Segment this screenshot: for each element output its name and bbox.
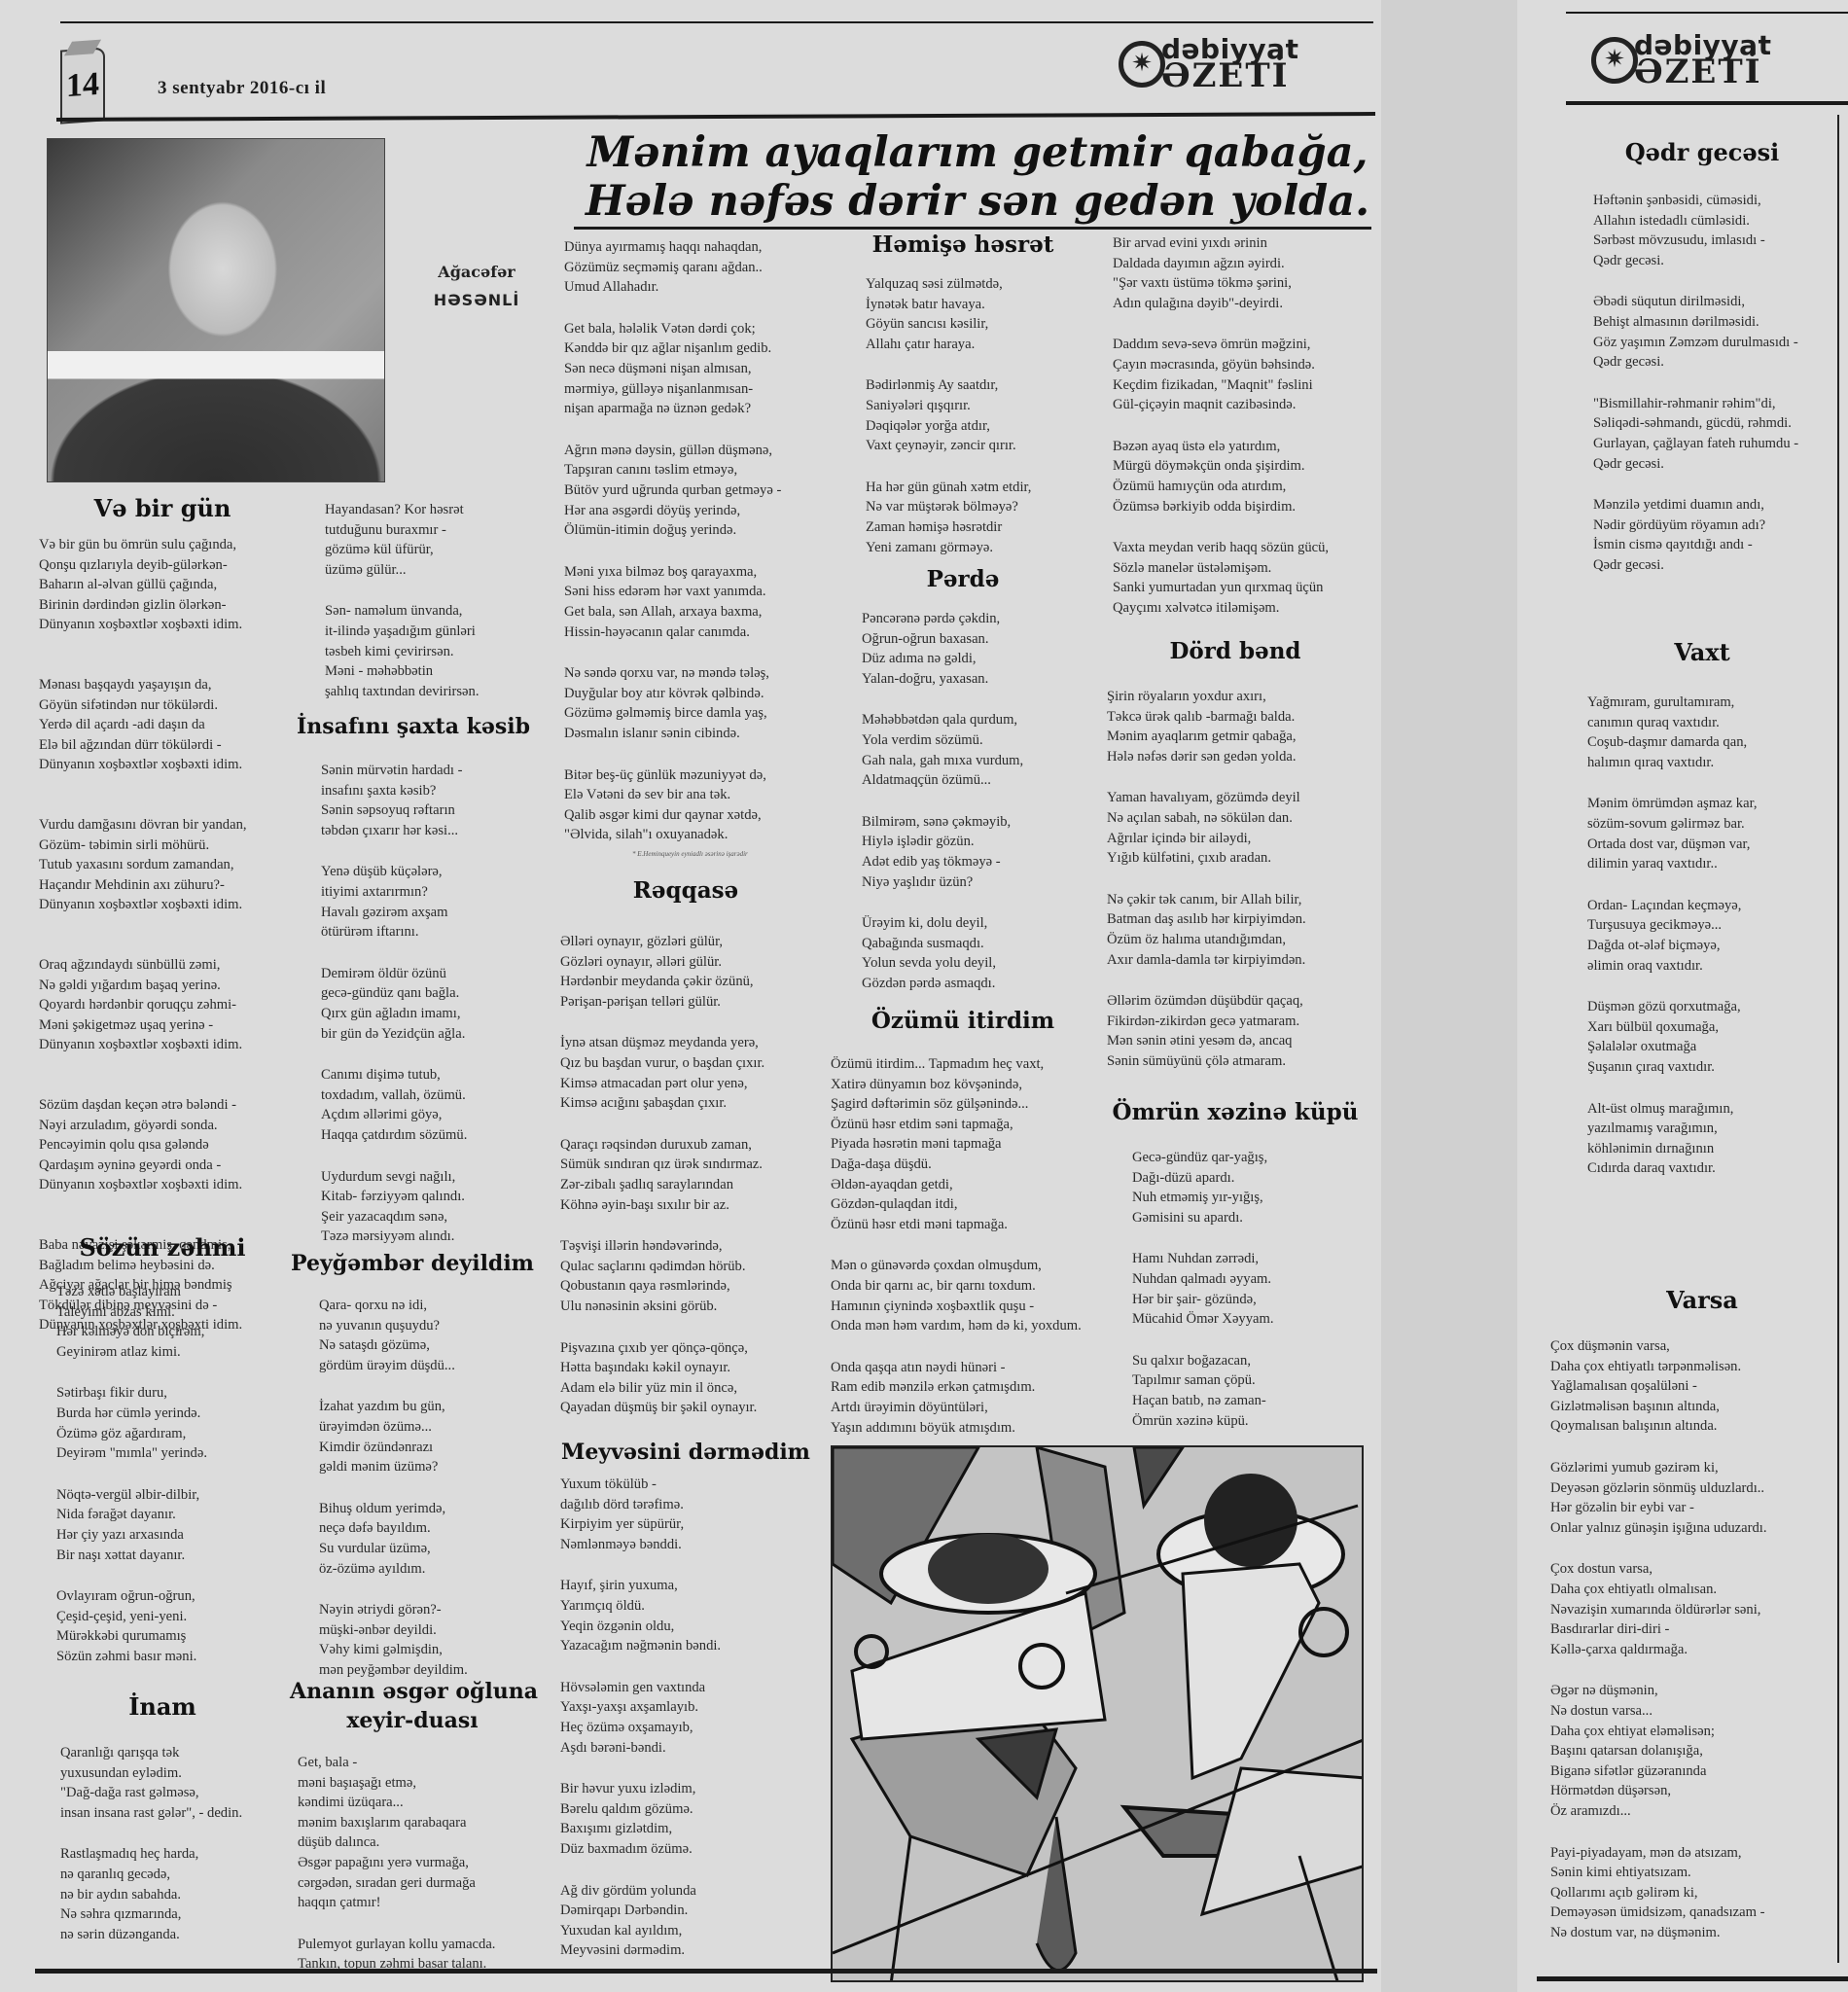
verse-line: Qayadan düşmüş bir şəkil oynayır. bbox=[560, 1398, 757, 1418]
verse-line: Vəhy kimi gəlmişdin, bbox=[319, 1640, 468, 1660]
verse-line: Rastlaşmadıq heç harda, bbox=[60, 1844, 198, 1865]
verse-line: İynə atsan düşməz meydanda yerə, bbox=[560, 1033, 764, 1053]
stanza: "Bismillahir-rəhmanir rəhim"di,Səliqədi-… bbox=[1593, 394, 1798, 474]
verse-line: Gah nala, gah mıxa vurdum, bbox=[862, 751, 1023, 771]
poem-title-ananin-2: xeyir-duası bbox=[290, 1708, 535, 1733]
stanza: Nəyin ətriydi görən?-müşki-ənbər deyildi… bbox=[319, 1600, 468, 1680]
verse-line: Yazacağım nəğmənin bəndi. bbox=[560, 1636, 721, 1656]
verse-line: Çox dostun varsa, bbox=[1550, 1559, 1760, 1580]
verse-line: "Əlvida, silah"ı oxuyanadək. bbox=[564, 825, 766, 845]
verse-line: Qoymalısan balışının altında. bbox=[1550, 1416, 1741, 1437]
stanza: İynə atsan düşməz meydanda yerə,Qız bu b… bbox=[560, 1033, 764, 1113]
verse-line: Dəqiqələr yorğa atdır, bbox=[866, 416, 1016, 437]
stanza: Əllərim özümdən düşübdür qaçaq,Fikirdən-… bbox=[1107, 991, 1303, 1071]
verse-line: mən peyğəmbər deyildim. bbox=[319, 1660, 468, 1681]
verse-line: Yalan-doğru, yaxasan. bbox=[862, 669, 1000, 690]
verse-line: şahlıq taxtından devirirsən. bbox=[325, 682, 479, 702]
verse-line: Ölümün-itimin doğuş yerində. bbox=[564, 520, 781, 541]
verse-line: Coşub-daşmır damarda qan, bbox=[1587, 732, 1747, 753]
verse-line: Nə sataşdı gözümə, bbox=[319, 1335, 455, 1356]
verse-line: Yenə düşüb küçələrə, bbox=[321, 862, 447, 882]
verse-line: Daddım sevə-sevə ömrün məğzini, bbox=[1113, 335, 1315, 355]
verse-line: Zaman həmişə həsrətdir bbox=[866, 517, 1031, 538]
verse-line: Piyada həsrətin məni tapmağa bbox=[831, 1134, 1044, 1155]
verse-line: Hamı Nuhdan zərrədi, bbox=[1132, 1249, 1274, 1269]
verse-line: Dağı-düzü apardı. bbox=[1132, 1168, 1267, 1189]
verse-line: Şuşanın çıraq vaxtıdır. bbox=[1587, 1057, 1741, 1078]
verse-line: Nə səhra qızmarında, bbox=[60, 1904, 198, 1925]
verse-line: Hər ana əsgərdi döyüş yerində, bbox=[564, 501, 781, 521]
stanza: Özümü itirdim... Tapmadım heç vaxt,Xatir… bbox=[831, 1054, 1044, 1234]
verse-line: Qız bu başdan vurur, o başdan çıxır. bbox=[560, 1053, 764, 1074]
verse-line: Hövsələmin gen vaxtında bbox=[560, 1678, 705, 1698]
verse-line: Şəlalələr oxutmağa bbox=[1587, 1037, 1741, 1057]
verse-line: Onda qaşqa atın nəydi hünəri - bbox=[831, 1358, 1035, 1378]
verse-line: Haqqa çatdırdım sözümü. bbox=[321, 1125, 467, 1146]
stanza: Canımı dişimə tutub,toxdadım, vallah, öz… bbox=[321, 1065, 467, 1145]
verse-line: Qədr gecəsi. bbox=[1593, 352, 1798, 373]
verse-line: Haçandır Mehdinin axı zühuru?- bbox=[39, 875, 247, 896]
verse-line: Qoyardı hərdənbir qoruqçu zəhmi- bbox=[39, 995, 242, 1015]
stanza: Mən o günəvərdə çoxdan olmuşdum,Onda bir… bbox=[831, 1256, 1082, 1335]
page-headline: Mənim ayaqlarım getmir qabağa, Hələ nəfə… bbox=[579, 128, 1376, 226]
verse-line: Deyəsən gözlərin sönmüş ulduzlardı.. bbox=[1550, 1478, 1767, 1499]
stanza: Get bala, hələlik Vətən dərdi çok;Kənddə… bbox=[564, 319, 771, 419]
verse-line: Qollarımı açıb gəlirəm ki, bbox=[1550, 1883, 1764, 1903]
verse-line: Fikirdən-zikirdən gecə yatmaram. bbox=[1107, 1012, 1303, 1032]
poem-title-perde: Pərdə bbox=[832, 566, 1094, 592]
verse-line: mərmiyə, gülləyə nişanlanmısan- bbox=[564, 379, 771, 400]
page-number-badge: 14 bbox=[60, 47, 105, 124]
verse-line: Əlləri oynayır, gözləri gülür, bbox=[560, 932, 754, 952]
stanza: Vaxta meydan verib haqq sözün gücü,Sözlə… bbox=[1113, 538, 1329, 618]
verse-line: Daha çox ehtiyatlı tərpənməlisən. bbox=[1550, 1357, 1741, 1377]
verse-line: Özünü həsr etdi məni tapmağa. bbox=[831, 1215, 1044, 1235]
verse-line: Haçan batıb, nə zaman- bbox=[1132, 1391, 1266, 1411]
stanza: Sətirbaşı fikir duru,Burda hər cümlə yer… bbox=[56, 1383, 207, 1463]
verse-line: Səni hiss edərəm hər vaxt yanımda. bbox=[564, 582, 766, 602]
verse-line: Şagird dəftərimin söz gülşənində... bbox=[831, 1094, 1044, 1115]
poem-title-ve-bir-gun: Və bir gün bbox=[35, 494, 290, 522]
verse-line: Onda bir qarnı ac, bir qarnı toxdum. bbox=[831, 1276, 1082, 1297]
stanza: Uydurdum sevgi nağılı,Kitab- fərziyyəm q… bbox=[321, 1167, 465, 1247]
verse-line: Nə açılan sabah, nə sökülən dan. bbox=[1107, 808, 1300, 829]
verse-line: Nuh etməmiş yır-yığış, bbox=[1132, 1188, 1267, 1208]
verse-line: Deməyəsən ümidsizəm, qanadsızam - bbox=[1550, 1903, 1764, 1923]
verse-line: Nida fərağət dayanır. bbox=[56, 1505, 199, 1525]
verse-line: Köhnə əyin-başı sıxılır bir az. bbox=[560, 1195, 763, 1216]
verse-line: Sətirbaşı fikir duru, bbox=[56, 1383, 207, 1404]
verse-line: Zər-zibalı şadlıq saraylarından bbox=[560, 1175, 763, 1195]
verse-line: Qara- qorxu nə idi, bbox=[319, 1296, 455, 1316]
verse-line: Özümsə bərkiyib odda bişirdim. bbox=[1113, 497, 1305, 517]
verse-line: Adət edib yaş tökməyə - bbox=[862, 852, 1011, 872]
verse-line: ötürürəm iftarını. bbox=[321, 922, 447, 943]
verse-line: Vaxta meydan verib haqq sözün gücü, bbox=[1113, 538, 1329, 558]
verse-line: əlimin oraq vaxtıdır. bbox=[1587, 956, 1741, 977]
stanza: Nə səndə qorxu var, nə məndə tələş,Duyğu… bbox=[564, 663, 769, 743]
verse-line: Yığıb külfətini, çıxıb aradan. bbox=[1107, 848, 1300, 869]
stanza: Su qalxır boğazacan,Tapılmır saman çöpü.… bbox=[1132, 1351, 1266, 1431]
verse-line: Yolun sevda yolu deyil, bbox=[862, 953, 996, 974]
verse-line: Hissin-həyəcanın qalar canımda. bbox=[564, 622, 766, 643]
verse-line: Bütöv yurd uğrunda qurban getməyə - bbox=[564, 480, 781, 501]
verse-line: Meyvəsini dərmədim. bbox=[560, 1940, 696, 1961]
verse-line: Mürgü döyməkçün onda şişirdim. bbox=[1113, 456, 1305, 477]
verse-line: Qədr gecəsi. bbox=[1593, 251, 1765, 271]
verse-line: itiyimi axtarırmın? bbox=[321, 882, 447, 903]
stanza: Çox dostun varsa,Daha çox ehtiyatlı olma… bbox=[1550, 1559, 1760, 1659]
verse-line: yuxusundan eylədim. bbox=[60, 1763, 242, 1784]
verse-line: Öz aramızdı... bbox=[1550, 1801, 1715, 1822]
poem-title-meyvesini: Meyvəsini dərmədim bbox=[554, 1440, 817, 1465]
verse-line: məni başıaşağı etmə, bbox=[298, 1773, 476, 1794]
verse-line: Sözün zəhmi basır məni. bbox=[56, 1647, 196, 1667]
verse-line: kəndimi üzüqara... bbox=[298, 1793, 476, 1813]
verse-line: Əldən-ayaqdan getdi, bbox=[831, 1175, 1044, 1195]
verse-line: Qonşu qızlarıyla deyib-gülərkən- bbox=[39, 555, 242, 576]
verse-line: Cıdırda daraq vaxtıdır. bbox=[1587, 1158, 1733, 1179]
stanza: Get, bala -məni başıaşağı etmə,kəndimi ü… bbox=[298, 1753, 476, 1913]
verse-line: Axır damla-damla tər kirpiyimdən. bbox=[1107, 950, 1306, 971]
stanza: Gecə-gündüz qar-yağış,Dağı-düzü apardı.N… bbox=[1132, 1148, 1267, 1227]
verse-line: Mənzilə yetdimi duamın andı, bbox=[1593, 495, 1765, 516]
stanza: Əbədi süqutun dirilməsidi,Behişt almasın… bbox=[1593, 292, 1798, 372]
verse-line: Niyə yaşlıdır üzün? bbox=[862, 872, 1011, 893]
verse-line: Ram edib mənzilə erkən çatmışdım. bbox=[831, 1377, 1035, 1398]
verse-line: Pulemyot gurlayan kollu yamacda. bbox=[298, 1935, 495, 1955]
verse-line: neçə dəfə bayıldım. bbox=[319, 1518, 445, 1539]
author-first-name: Ağacəfər bbox=[409, 263, 545, 281]
poem-title-vaxt: Vaxt bbox=[1566, 638, 1838, 666]
verse-line: Təzə mərsiyyəm alındı. bbox=[321, 1227, 465, 1247]
verse-line: Dünyanın xoşbəxtlər xoşbəxti idim. bbox=[39, 755, 242, 775]
stanza: Alt-üst olmuş marağımın,yazılmamış varağ… bbox=[1587, 1099, 1733, 1179]
verse-line: Batman daş asılıb hər kirpiyimdən. bbox=[1107, 909, 1306, 930]
stanza: Məni yıxa bilməz boş qarayaxma,Səni hiss… bbox=[564, 562, 766, 642]
verse-line: nə sərin düzənganda. bbox=[60, 1925, 198, 1945]
verse-line: Düz adıma nə gəldi, bbox=[862, 649, 1000, 669]
verse-line: Özünü həsr etdim səni tapmağa, bbox=[831, 1115, 1044, 1135]
verse-line: Sanki yumurtadan yun qırxmaq üçün bbox=[1113, 578, 1329, 598]
verse-line: İsmin cismə qayıtdığı andı - bbox=[1593, 535, 1765, 555]
verse-line: Məni - məhəbbətin bbox=[325, 661, 479, 682]
verse-line: Gecə-gündüz qar-yağış, bbox=[1132, 1148, 1267, 1168]
verse-line: Ağrın mənə dəysin, güllən düşmənə, bbox=[564, 441, 781, 461]
verse-line: Daldada dayımın ağzın əyirdi. bbox=[1113, 254, 1292, 274]
stanza: Yağmıram, gurultamıram,canımın quraq vax… bbox=[1587, 693, 1747, 772]
verse-line: Gəmisini su apardı. bbox=[1132, 1208, 1267, 1228]
verse-line: Yağlamalısan qoşalüləni - bbox=[1550, 1376, 1741, 1397]
verse-line: Hər çiy yazı arxasında bbox=[56, 1525, 199, 1546]
verse-line: Hamının çiynində xoşbəxtlik quşu - bbox=[831, 1297, 1082, 1317]
verse-line: Get, bala - bbox=[298, 1753, 476, 1773]
verse-line: Çeşid-çeşid, yeni-yeni. bbox=[56, 1607, 196, 1627]
verse-line: Və bir gün bu ömrün sulu çağında, bbox=[39, 535, 242, 555]
verse-line: Xatirə dünyamın boz kövşənində, bbox=[831, 1075, 1044, 1095]
verse-line: Yeni zamanı görməyə. bbox=[866, 538, 1031, 558]
verse-line: Sən- naməlum ünvanda, bbox=[325, 601, 479, 622]
verse-line: Sənin mürvətin hardadı - bbox=[321, 761, 463, 781]
stanza: Əgər nə düşmənin,Nə dostun varsa...Daha … bbox=[1550, 1681, 1715, 1821]
verse-line: Duyğular boy atır kövrək qəlbində. bbox=[564, 684, 769, 704]
verse-line: Dəmirqapı Dərbəndin. bbox=[560, 1901, 696, 1921]
verse-line: Mürəkkəbi qurumamış bbox=[56, 1626, 196, 1647]
verse-line: "Bismillahir-rəhmanir rəhim"di, bbox=[1593, 394, 1798, 414]
verse-line: Pərişan-pərişan telləri gülür. bbox=[560, 992, 754, 1013]
verse-line: Qədr gecəsi. bbox=[1593, 454, 1798, 475]
verse-line: Yaman havalıyam, gözümdə deyil bbox=[1107, 788, 1300, 808]
verse-line: Alt-üst olmuş marağımın, bbox=[1587, 1099, 1733, 1120]
issue-date: 3 sentyabr 2016-cı il bbox=[158, 78, 326, 99]
cubist-faces-icon bbox=[833, 1447, 1364, 1982]
verse-line: Burda hər cümlə yerində. bbox=[56, 1404, 207, 1424]
verse-line: Dəsmalın islanır sənin cibində. bbox=[564, 724, 769, 744]
verse-line: Bir arvad evini yıxdı ərinin bbox=[1113, 233, 1292, 254]
verse-line: Qaraçı rəqsindən duruxub zaman, bbox=[560, 1135, 763, 1156]
verse-line: Mən sənin ətini yesəm də, ancaq bbox=[1107, 1031, 1303, 1051]
verse-line: Özümə göz ağardıram, bbox=[56, 1424, 207, 1444]
stanza: Ağrın mənə dəysin, güllən düşmənə,Tapşır… bbox=[564, 441, 781, 541]
verse-line: Özüm öz halıma utandığımdan, bbox=[1107, 930, 1306, 950]
verse-line: Oğrun-oğrun baxasan. bbox=[862, 629, 1000, 650]
verse-line: Nuhdan qalmadı əyyam. bbox=[1132, 1269, 1274, 1290]
stanza: Hövsələmin gen vaxtındaYaxşı-yaxşı axşam… bbox=[560, 1678, 705, 1758]
verse-line: Umud Allahadır. bbox=[564, 277, 763, 298]
cubist-artwork bbox=[831, 1445, 1364, 1982]
verse-line: Pişvazına çıxıb yer qönçə-qönçə, bbox=[560, 1338, 757, 1359]
verse-line: Əgər nə düşmənin, bbox=[1550, 1681, 1715, 1701]
verse-line: Aldatmaqçün özümü... bbox=[862, 770, 1023, 791]
stanza: Bədirlənmiş Ay saatdır,Saniyələri qışqır… bbox=[866, 375, 1016, 455]
verse-line: Əllərim özümdən düşübdür qaçaq, bbox=[1107, 991, 1303, 1012]
page-gutter bbox=[1381, 0, 1517, 1992]
verse-line: gözümə kül üfürür, bbox=[325, 540, 464, 560]
page-number: 14 bbox=[66, 66, 99, 105]
verse-line: Qulac saçlarını qədimdən hörüb. bbox=[560, 1257, 745, 1277]
verse-line: Ömrün xəzinə küpü. bbox=[1132, 1411, 1266, 1432]
stanza: Yaman havalıyam, gözümdə deyilNə açılan … bbox=[1107, 788, 1300, 868]
verse-line: Nə dostum var, nə düşmənim. bbox=[1550, 1923, 1764, 1943]
verse-line: Sözüm daşdan keçən ətrə bələndi - bbox=[39, 1095, 242, 1116]
verse-line: insan insana rast gələr", - dedin. bbox=[60, 1803, 242, 1824]
verse-line: Açdım əllərimi göyə, bbox=[321, 1105, 467, 1125]
verse-line: dilimin yaraq vaxtıdır.. bbox=[1587, 854, 1758, 874]
verse-line: bir gün də Yezidçün ağla. bbox=[321, 1024, 465, 1045]
verse-line: Nədir gördüyüm röyamın adı? bbox=[1593, 516, 1765, 536]
verse-line: Dünya ayırmamış haqqı nahaqdan, bbox=[564, 237, 763, 258]
verse-line: Sərbəst mövzusudu, imlasıdı - bbox=[1593, 231, 1765, 251]
verse-line: gördüm ürəyim düşdü... bbox=[319, 1356, 455, 1376]
verse-line: nə qaranlıq gecədə, bbox=[60, 1865, 198, 1885]
verse-line: Özümü hamıyçün oda atırdım, bbox=[1113, 477, 1305, 497]
verse-line: Təzə xətlə başlayıram bbox=[56, 1282, 204, 1302]
verse-line: Qobustanın qaya rəsmlərində, bbox=[560, 1276, 745, 1297]
verse-line: Su vurdular üzümə, bbox=[319, 1539, 445, 1559]
verse-line: Kimdir özündənrazı bbox=[319, 1438, 445, 1458]
poem-title-sozun-zehmi: Sözün zəhmi bbox=[35, 1233, 290, 1262]
stanza: Düşmən gözü qorxutmağa,Xarı bülbül qoxum… bbox=[1587, 997, 1741, 1077]
verse-line: Nöqtə-vergül əlbir-dilbir, bbox=[56, 1485, 199, 1506]
verse-line: Dünyanın xoşbəxtlər xoşbəxti idim. bbox=[39, 1175, 242, 1195]
verse-line: nə bir aydın sabahda. bbox=[60, 1885, 198, 1905]
poem-title-peygember: Peyğəmbər deyildim bbox=[290, 1251, 535, 1276]
verse-line: Gözdən-qulaqdan itdi, bbox=[831, 1194, 1044, 1215]
verse-line: Sən necə düşməni nişan almısan, bbox=[564, 359, 771, 379]
stanza: Və bir gün bu ömrün sulu çağında,Qonşu q… bbox=[39, 535, 242, 635]
stanza: Bitər beş-üç günlük məzuniyyət də,Elə Və… bbox=[564, 765, 766, 845]
verse-line: Hörmətdən düşərsən, bbox=[1550, 1781, 1715, 1801]
verse-line: Saniyələri qışqırır. bbox=[866, 396, 1016, 416]
stanza: Ordan- Laçından keçməyə,Turşusuya gecikm… bbox=[1587, 896, 1741, 976]
verse-line: Ağ div gördüm yolunda bbox=[560, 1881, 696, 1902]
verse-line: Nə səndə qorxu var, nə məndə tələş, bbox=[564, 663, 769, 684]
verse-line: cərgədən, sıradan geri durmağa bbox=[298, 1873, 476, 1894]
stanza: Dünya ayırmamış haqqı nahaqdan,Gözümüz s… bbox=[564, 237, 763, 298]
verse-line: Gül-çiçəyin maqnit cazibəsində. bbox=[1113, 395, 1315, 415]
stanza: Oraq ağzındaydı sünbüllü zəmi,Nə gəldi y… bbox=[39, 955, 242, 1055]
verse-line: Təkcə ürək qalıb -barmağı balda. bbox=[1107, 707, 1297, 728]
verse-line: Taleyimi abzas kimi. bbox=[56, 1302, 204, 1323]
verse-line: Mən o günəvərdə çoxdan olmuşdum, bbox=[831, 1256, 1082, 1276]
verse-line: Əbədi süqutun dirilməsidi, bbox=[1593, 292, 1798, 312]
stanza: Hayandasan? Kor həsrəttutduğunu buraxmır… bbox=[325, 500, 464, 580]
stanza: Sözüm daşdan keçən ətrə bələndi -Nəyi ar… bbox=[39, 1095, 242, 1195]
verse-line: Nə gəldi yığardım başaq yerinə. bbox=[39, 976, 242, 996]
verse-line: Dağda ot-ələf biçməyə, bbox=[1587, 936, 1741, 956]
verse-line: Hər gözəlin bir eybi var - bbox=[1550, 1498, 1767, 1518]
verse-line: insafını şaxta kəsib? bbox=[321, 781, 463, 801]
verse-line: Qədr gecəsi. bbox=[1593, 555, 1765, 576]
stanza: İzahat yazdım bu gün,ürəyimdən özümə...K… bbox=[319, 1397, 445, 1476]
verse-line: Nə çəkir tək canım, bir Allah bilir, bbox=[1107, 890, 1306, 910]
verse-line: Mənim ömrümdən aşmaz kar, bbox=[1587, 794, 1758, 814]
verse-line: Sənin səpsoyuq rəftarın bbox=[321, 800, 463, 821]
stanza: Gözlərimi yumub gəzirəm ki,Deyəsən gözlə… bbox=[1550, 1458, 1767, 1538]
poem-title-qedr-gecesi: Qədr gecəsi bbox=[1566, 138, 1838, 166]
verse-line: Artdı ürəyimin döyüntüləri, bbox=[831, 1398, 1035, 1418]
verse-line: Pencəyimin qolu qısa gələndə bbox=[39, 1135, 242, 1156]
verse-line: Məni şəkigetməz uşaq yerinə - bbox=[39, 1015, 242, 1036]
verse-line: mənim baxışlarım qarabaqara bbox=[298, 1813, 476, 1833]
verse-line: Yaşın addımını böyük atmışdım. bbox=[831, 1418, 1035, 1439]
verse-line: Həftənin şənbəsidi, cüməsidi, bbox=[1593, 191, 1765, 211]
verse-line: Qardaşım əyninə geyərdi onda - bbox=[39, 1156, 242, 1176]
verse-line: Düşmən gözü qorxutmağa, bbox=[1587, 997, 1741, 1017]
logo-emblem-icon bbox=[1119, 41, 1165, 88]
stanza: Bilmirəm, sənə çəkməyib,Hiylə işlədir gö… bbox=[862, 812, 1011, 892]
verse-line: haqqın çatmır! bbox=[298, 1893, 476, 1913]
verse-line: Keçdim fizikadan, "Maqnit" fəslini bbox=[1113, 375, 1315, 396]
stanza: Vurdu damğasını dövran bir yandan,Gözüm-… bbox=[39, 815, 247, 915]
verse-line: Adın qulağına dəyib"-deyirdi. bbox=[1113, 294, 1292, 314]
verse-line: Hər kəlməyə don biçirəm, bbox=[56, 1322, 204, 1342]
verse-line: Qabağında susmaqdı. bbox=[862, 934, 996, 954]
verse-line: dağılıb dörd tərəfimə. bbox=[560, 1495, 684, 1515]
stanza: Daddım sevə-sevə ömrün məğzini,Çayın məc… bbox=[1113, 335, 1315, 414]
stanza: Nöqtə-vergül əlbir-dilbir,Nida fərağət d… bbox=[56, 1485, 199, 1565]
verse-line: Hiylə işlədir gözün. bbox=[862, 832, 1011, 852]
headline-rule bbox=[574, 227, 1371, 230]
verse-line: Ürəyim ki, dolu deyil, bbox=[862, 913, 996, 934]
stanza: Pişvazına çıxıb yer qönçə-qönçə,Hətta ba… bbox=[560, 1338, 757, 1418]
verse-line: Hayıf, şirin yuxuma, bbox=[560, 1576, 721, 1596]
verse-line: Hayandasan? Kor həsrət bbox=[325, 500, 464, 520]
stanza: Ürəyim ki, dolu deyil,Qabağında susmaqdı… bbox=[862, 913, 996, 993]
poem-title-varsa: Varsa bbox=[1566, 1286, 1838, 1314]
poem-title-inam: İnam bbox=[35, 1692, 290, 1721]
verse-line: Yarımçıq öldü. bbox=[560, 1596, 721, 1617]
verse-line: gecə-gündüz qanı bağla. bbox=[321, 983, 465, 1004]
verse-line: Vurdu damğasını dövran bir yandan, bbox=[39, 815, 247, 836]
stanza: Çox düşmənin varsa,Daha çox ehtiyatlı tə… bbox=[1550, 1336, 1741, 1437]
verse-line: Pəncərənə pərdə çəkdin, bbox=[862, 609, 1000, 629]
verse-line: it-ilində yaşadığım günləri bbox=[325, 622, 479, 642]
verse-line: köhlənimin dırnağının bbox=[1587, 1139, 1733, 1159]
verse-line: Göyün sancısı kəsilir, bbox=[866, 314, 1003, 335]
verse-line: müşki-ənbər deyildi. bbox=[319, 1620, 468, 1641]
verse-line: Bəzən ayaq üstə elə yatırdım, bbox=[1113, 437, 1305, 457]
verse-line: Gözdən pərdə asmaqdı. bbox=[862, 974, 996, 994]
bottom-rule-left bbox=[35, 1969, 1377, 1974]
verse-line: Daha çox ehtiyatlı olmalısan. bbox=[1550, 1580, 1760, 1600]
verse-line: Çox düşmənin varsa, bbox=[1550, 1336, 1741, 1357]
verse-line: Payi-piyadayam, mən də atsızam, bbox=[1550, 1843, 1764, 1864]
verse-line: Dünyanın xoşbəxtlər xoşbəxti idim. bbox=[39, 895, 247, 915]
verse-line: Yalquzaq səsi zülmətdə, bbox=[866, 274, 1003, 295]
verse-line: Yerdə dil açardı -adi daşın da bbox=[39, 715, 242, 735]
verse-line: Hər bir şair- gözündə, bbox=[1132, 1290, 1274, 1310]
verse-line: Hərdənbir meydanda çəkir özünü, bbox=[560, 972, 754, 992]
verse-line: nə yuvanın quşuydu? bbox=[319, 1316, 455, 1336]
verse-line: Birinin dərdindən gizlin ölərkən- bbox=[39, 595, 242, 616]
top-thin-rule bbox=[60, 21, 1373, 23]
verse-line: təsbeh kimi çevirirsən. bbox=[325, 642, 479, 662]
verse-line: Məni yıxa bilməz boş qarayaxma, bbox=[564, 562, 766, 583]
verse-line: Basdırarlar diri-diri - bbox=[1550, 1619, 1760, 1640]
logo-emblem-icon bbox=[1591, 37, 1638, 84]
verse-line: Xarı bülbül qoxumağa, bbox=[1587, 1017, 1741, 1038]
verse-line: Əsgər papağını yerə vurmağa, bbox=[298, 1853, 476, 1873]
poem-title-ananin-1: Ananın əsgər oğluna bbox=[290, 1679, 535, 1704]
right-column-divider bbox=[1837, 115, 1839, 1963]
verse-line: Kənddə bir qız ağlar nişanlım gedib. bbox=[564, 338, 771, 359]
verse-line: Ağrılar içində bir ailəydi, bbox=[1107, 829, 1300, 849]
stanza: Payi-piyadayam, mən də atsızam,Sənin kim… bbox=[1550, 1843, 1764, 1943]
verse-line: Mənası başqaydı yaşayışın da, bbox=[39, 675, 242, 695]
poem-title-hemise-hesret: Həmişə həsrət bbox=[832, 231, 1094, 258]
right-top-thin-rule bbox=[1566, 12, 1848, 14]
verse-line: Göz yaşımın Zəmzəm durulmasıdı - bbox=[1593, 333, 1798, 353]
stanza: Rastlaşmadıq heç harda,nə qaranlıq gecəd… bbox=[60, 1844, 198, 1944]
verse-line: Ordan- Laçından keçməyə, bbox=[1587, 896, 1741, 916]
verse-line: Kimsə acığını şabaşdan çıxır. bbox=[560, 1093, 764, 1114]
verse-line: Heç özümə oxşamayıb, bbox=[560, 1718, 705, 1738]
stanza: Mənim ömrümdən aşmaz kar,sözüm-sovum gəl… bbox=[1587, 794, 1758, 873]
stanza: Əlləri oynayır, gözləri gülür,Gözləri oy… bbox=[560, 932, 754, 1012]
verse-line: canımın quraq vaxtıdır. bbox=[1587, 713, 1747, 733]
verse-line: Ulu nənəsinin əksini görüb. bbox=[560, 1297, 745, 1317]
verse-line: Ovlayıram oğrun-oğrun, bbox=[56, 1586, 196, 1607]
stanza: Bəzən ayaq üstə elə yatırdım,Mürgü döymə… bbox=[1113, 437, 1305, 516]
verse-line: Kəllə-çarxa qaldırmağa. bbox=[1550, 1640, 1760, 1660]
stanza: Həftənin şənbəsidi, cüməsidi,Allahın ist… bbox=[1593, 191, 1765, 270]
verse-line: Elə bil ağzından dürr tökülərdi - bbox=[39, 735, 242, 756]
verse-line: Yola verdim sözümü. bbox=[862, 730, 1023, 751]
logo-word-qezeti: ƏZETİ bbox=[1634, 57, 1771, 88]
stanza: Bihuş oldum yerimdə,neçə dəfə bayıldım.S… bbox=[319, 1499, 445, 1579]
verse-line: Sümük sındıran qız ürək sındırmaz. bbox=[560, 1155, 763, 1175]
